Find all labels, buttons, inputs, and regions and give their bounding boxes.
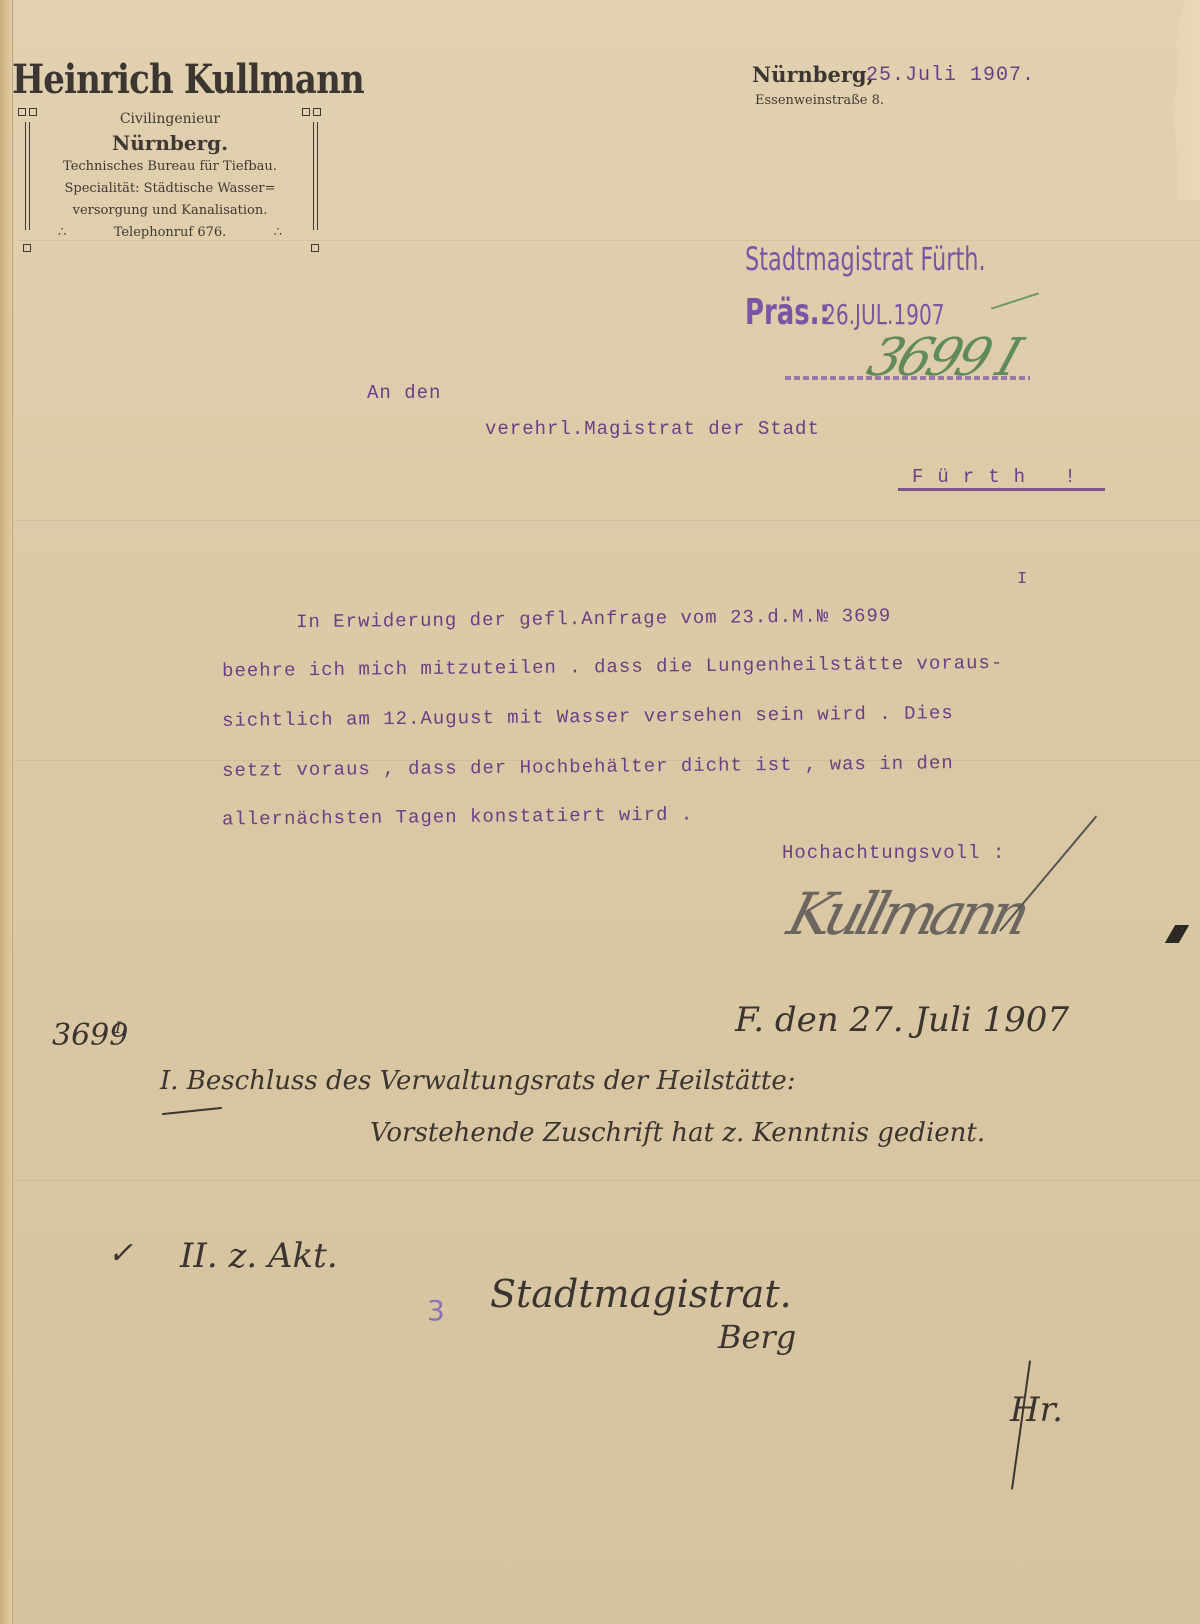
letterhead-phone-row: ∴ Telephonruf 676. ∴ bbox=[40, 222, 300, 244]
letterhead-bureau: Technisches Bureau für Tiefbau. bbox=[40, 156, 300, 178]
registry-number-handwritten: 3699 I bbox=[860, 328, 1025, 388]
letterhead-city: Nürnberg. bbox=[40, 130, 300, 156]
decorative-square-icon bbox=[313, 108, 321, 116]
decorative-rule bbox=[313, 122, 318, 230]
decorative-square-icon bbox=[29, 108, 37, 116]
body-superscript: I bbox=[1017, 570, 1028, 589]
decorative-square-icon bbox=[302, 108, 310, 116]
decorative-square-icon bbox=[18, 108, 26, 116]
annotation-item2: II. z. Akt. bbox=[180, 1236, 338, 1276]
decorative-square-icon bbox=[23, 244, 31, 252]
page-left-edge bbox=[0, 0, 12, 1624]
decorative-square-icon bbox=[311, 244, 319, 252]
receipt-stamp-date: 26.JUL.1907 bbox=[823, 298, 945, 331]
paper-line bbox=[14, 520, 1200, 521]
annotation-initial-1: Berg bbox=[718, 1318, 796, 1356]
letterhead-phone: Telephonruf 676. bbox=[114, 222, 227, 244]
dots-icon: ∴ bbox=[274, 222, 282, 244]
annotation-item1-line1: I. Beschluss des Verwaltungsrats der Hei… bbox=[160, 1066, 796, 1096]
annotation-ref-sup: I. bbox=[115, 1018, 126, 1037]
decorative-rule bbox=[25, 122, 30, 230]
body-line-4: setzt voraus , dass der Hochbehälter dic… bbox=[222, 752, 954, 782]
closing: Hochachtungsvoll : bbox=[782, 842, 1005, 864]
green-pen-stroke bbox=[991, 292, 1039, 309]
address-line-1: An den bbox=[367, 382, 441, 404]
receipt-stamp-office: Stadtmagistrat Fürth. bbox=[745, 240, 986, 278]
page-fold-line bbox=[12, 0, 13, 1624]
body-line-5: allernächsten Tagen konstatiert wird . bbox=[222, 804, 693, 831]
dateline-city: Nürnberg, bbox=[752, 62, 874, 87]
annotation-date: F. den 27. Juli 1907 bbox=[735, 1000, 1069, 1040]
annotation-initial-2: Hr. bbox=[1010, 1390, 1063, 1430]
receipt-stamp-label: Präs.: bbox=[745, 292, 830, 333]
body-line-3: sichtlich am 12.August mit Wasser verseh… bbox=[222, 702, 954, 732]
ink-mark bbox=[1165, 925, 1189, 943]
dateline-date: 25.Juli 1907. bbox=[866, 64, 1035, 87]
letterhead-block: Civilingenieur Nürnberg. Technisches Bur… bbox=[40, 108, 300, 244]
address-line-3: Fürth ! bbox=[912, 466, 1090, 488]
annotation-office: Stadtmagistrat. bbox=[490, 1272, 792, 1316]
letterhead-specialty-1: Specialität: Städtische Wasser= bbox=[40, 178, 300, 200]
annotation-underline bbox=[162, 1107, 222, 1115]
letterhead-specialty-2: versorgung und Kanalisation. bbox=[40, 200, 300, 222]
address-underline bbox=[898, 488, 1105, 491]
body-line-2: beehre ich mich mitzuteilen . dass die L… bbox=[222, 652, 1004, 682]
signature: Kullmann bbox=[781, 880, 1032, 948]
body-line-1: In Erwiderung der gefl.Anfrage vom 23.d.… bbox=[296, 605, 891, 633]
annotation-item1-line2: Vorstehende Zuschrift hat z. Kenntnis ge… bbox=[370, 1118, 985, 1148]
stamp-number: 3 bbox=[427, 1294, 445, 1327]
dateline-street: Essenweinstraße 8. bbox=[755, 93, 884, 108]
dots-icon: ∴ bbox=[58, 222, 66, 244]
torn-corner bbox=[1160, 0, 1200, 200]
paper-line bbox=[14, 1180, 1200, 1181]
letterhead-title: Civilingenieur bbox=[40, 108, 300, 130]
check-mark-icon: ✓ bbox=[108, 1236, 133, 1271]
letterhead-name: Heinrich Kullmann bbox=[12, 56, 364, 103]
signature-flourish bbox=[999, 815, 1097, 931]
address-line-2: verehrl.Magistrat der Stadt bbox=[485, 418, 820, 440]
